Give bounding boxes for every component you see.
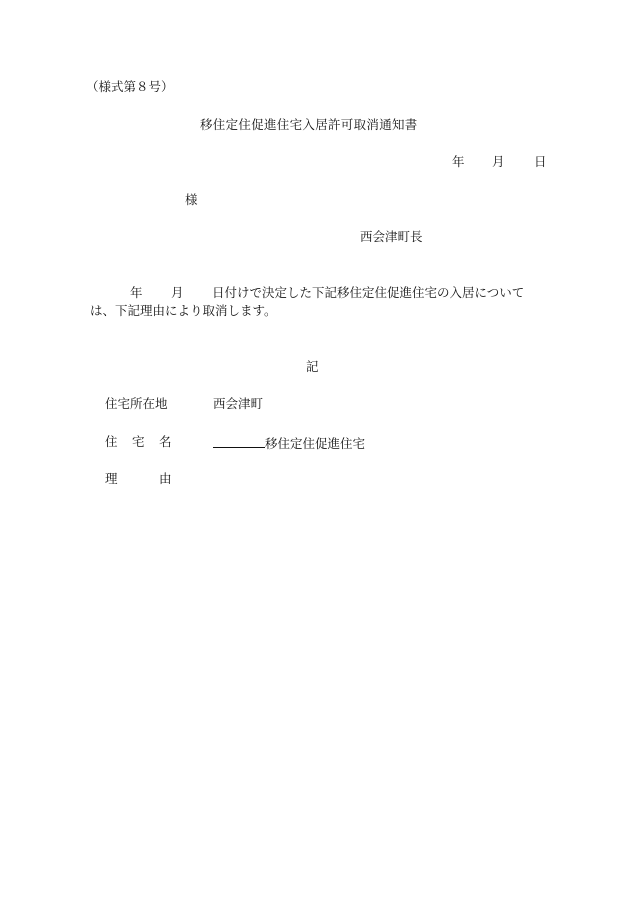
addressee-suffix: 様 [185, 194, 198, 207]
label-char: 宅 [132, 436, 145, 449]
label-char: 住 [105, 436, 118, 449]
label-char: 理 [105, 473, 118, 486]
ki-heading: 記 [306, 361, 319, 374]
form-number: （様式第８号） [86, 81, 174, 94]
body-line1-text: 日付けで決定した下記移住定住促進住宅の入居について [212, 287, 524, 300]
body-month-label: 月 [171, 287, 184, 300]
day-label: 日 [534, 156, 547, 169]
item-value-house-name: 移住定住促進住宅 [213, 436, 365, 451]
item-label-location: 住宅所在地 [105, 398, 168, 411]
document-title: 移住定住促進住宅入居許可取消通知書 [200, 119, 418, 132]
year-label: 年 [452, 156, 465, 169]
item-value-location: 西会津町 [213, 398, 263, 411]
label-char: 名 [159, 436, 172, 449]
month-label: 月 [492, 156, 505, 169]
blank-underline [213, 436, 265, 448]
body-text-line-2: は、下記理由により取消します。 [90, 305, 277, 318]
issuer-name: 西会津町長 [360, 231, 423, 244]
house-name-suffix: 移住定住促進住宅 [265, 436, 365, 451]
body-year-label: 年 [130, 287, 143, 300]
label-char: 由 [159, 473, 172, 486]
